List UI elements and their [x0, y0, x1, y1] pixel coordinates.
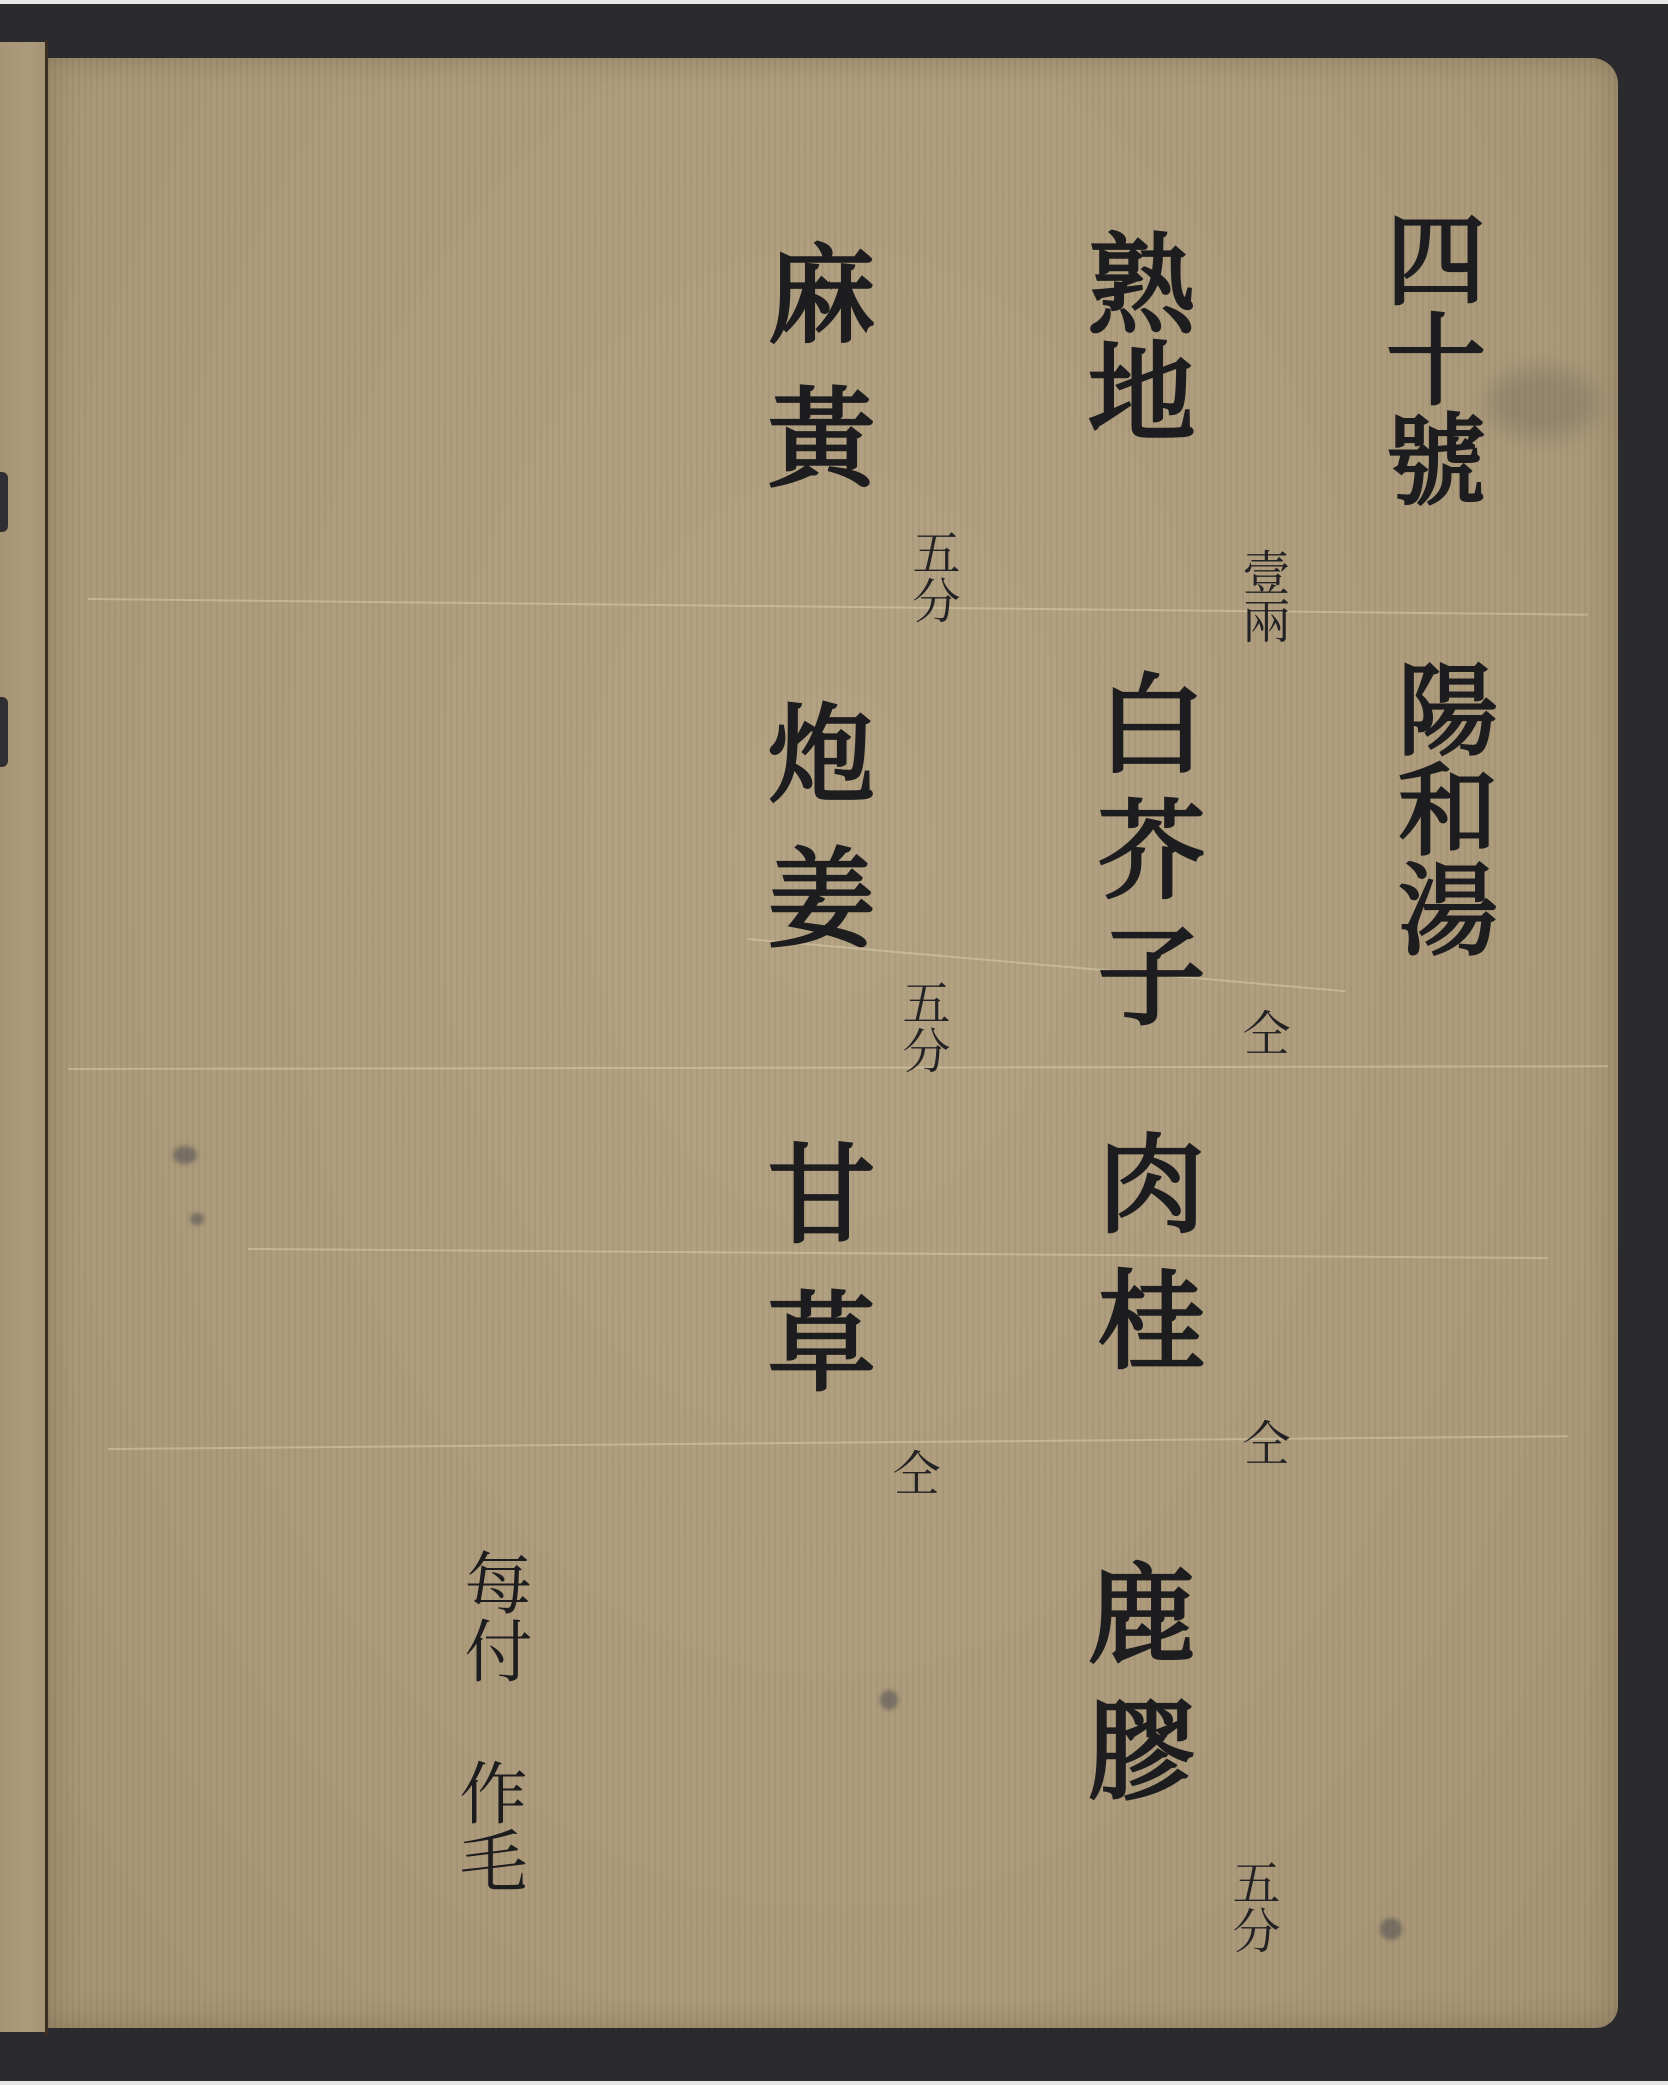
paper-crease — [108, 1435, 1568, 1450]
previous-page-edge — [0, 42, 46, 2032]
ink-stain — [190, 1213, 204, 1225]
prescription-number: 四十號 — [1378, 208, 1478, 508]
ingredient-rougui: 肉桂 — [1088, 1128, 1196, 1400]
ink-stain — [880, 1690, 898, 1710]
ingredient-gancao: 甘草 — [758, 1138, 866, 1434]
dose-mahuang: 五分 — [908, 528, 956, 624]
footer-signature: 作毛 — [453, 1758, 521, 1894]
dose-gancao: 仝 — [888, 1448, 936, 1496]
paper-crease — [248, 1248, 1548, 1259]
ingredient-baijiezi: 白芥子 — [1088, 668, 1196, 1046]
dose-rougui: 仝 — [1238, 1418, 1286, 1466]
paper-crease — [88, 598, 1588, 616]
formula-name: 陽和湯 — [1390, 658, 1490, 958]
scan-bottom-edge — [0, 2081, 1668, 2085]
dose-paojiang: 五分 — [898, 978, 946, 1074]
ink-smudge — [1488, 368, 1598, 438]
scan-top-edge — [0, 0, 1668, 4]
ink-stain — [173, 1146, 197, 1164]
bleed-ink-mark — [0, 472, 8, 532]
manuscript-page: 四十號 陽和湯 熟地 壹兩 白芥子 仝 肉桂 仝 鹿膠 五分 麻黃 五分 炮姜 … — [48, 58, 1618, 2028]
ingredient-mahuang: 麻黃 — [758, 238, 866, 526]
ingredient-paojiang: 炮姜 — [758, 698, 866, 986]
ink-stain — [1380, 1918, 1402, 1940]
dose-baijiezi: 仝 — [1238, 1008, 1286, 1056]
dose-shudi: 壹兩 — [1238, 548, 1286, 644]
ingredient-shudi: 熟地 — [1078, 228, 1186, 444]
dose-lujiao: 五分 — [1228, 1858, 1276, 1954]
paper-crease — [68, 1065, 1608, 1070]
bleed-ink-mark — [0, 697, 8, 767]
ingredient-lujiao: 鹿膠 — [1078, 1558, 1186, 1830]
footer-instruction: 每付 — [458, 1548, 526, 1684]
